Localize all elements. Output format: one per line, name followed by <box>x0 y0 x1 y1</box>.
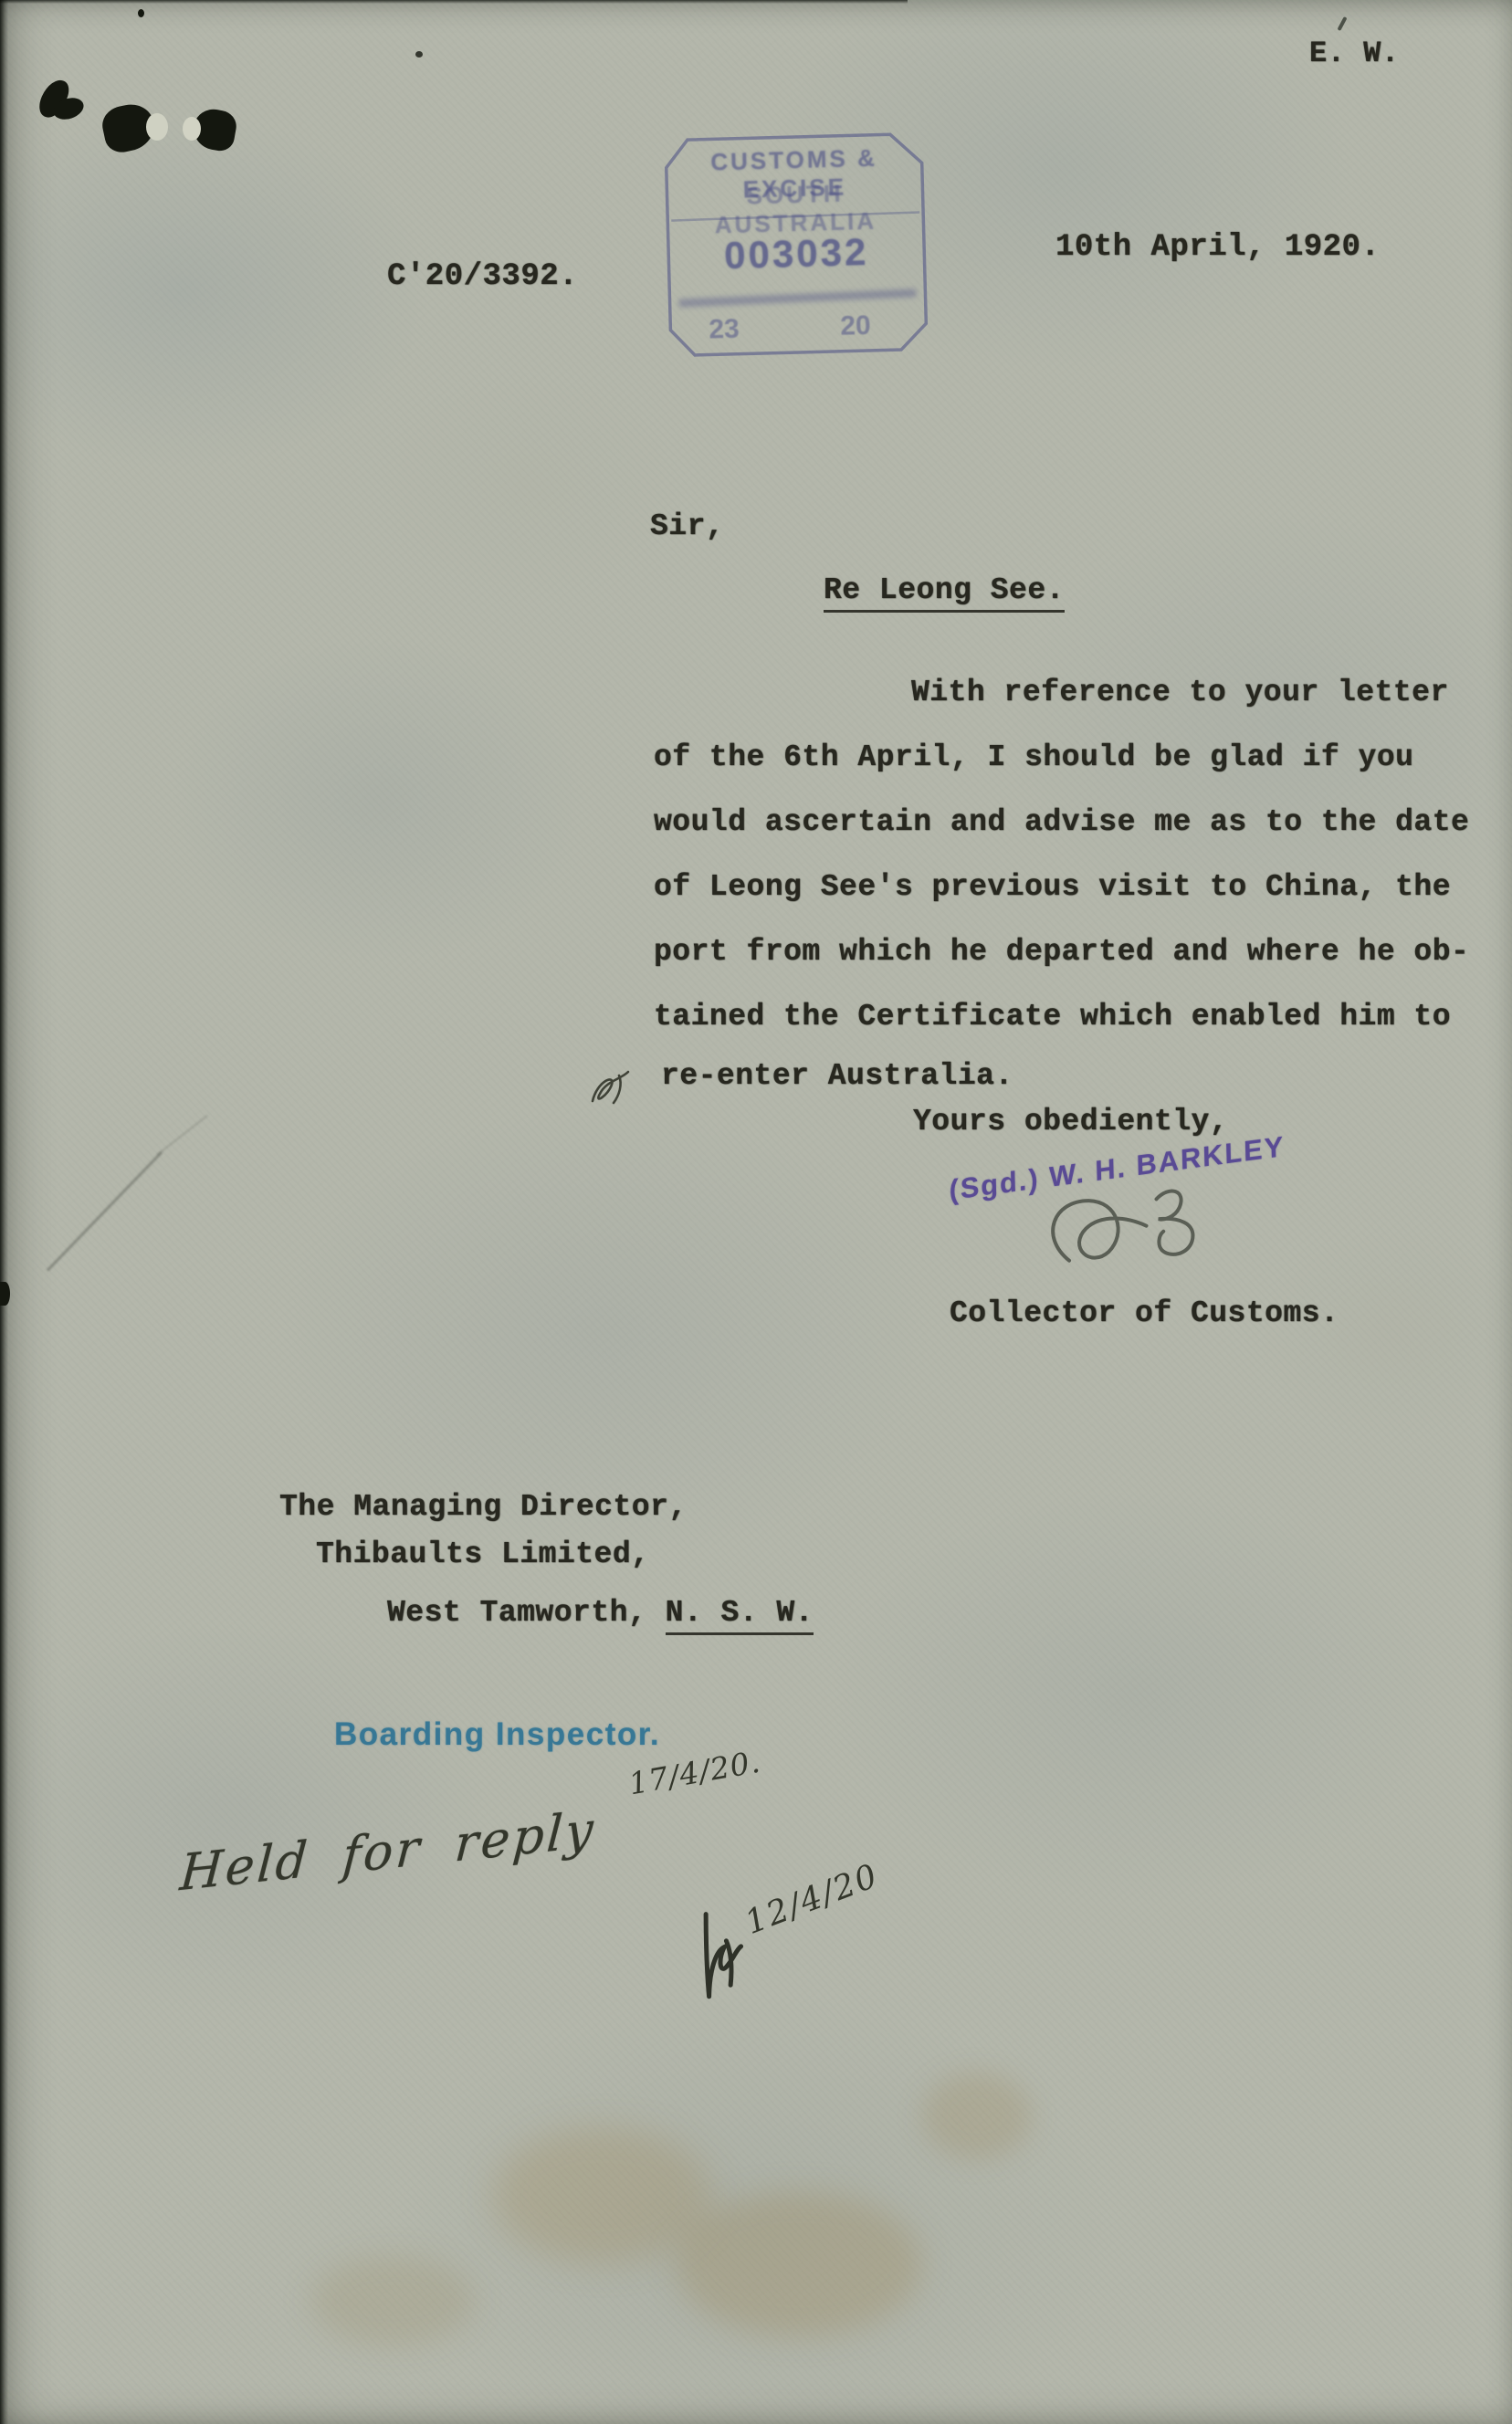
handwritten-note-date: 12/4/20 <box>740 1857 884 1942</box>
paper-chip <box>146 113 168 141</box>
body-line: would ascertain and advise me as to the … <box>654 805 1469 839</box>
ink-speck <box>138 9 144 17</box>
recipient-line1: The Managing Director, <box>279 1490 688 1524</box>
file-initials: E. W. <box>1309 37 1400 70</box>
received-stamp: CUSTOMS & EXCISE SOUTH AUSTRALIA 003032 … <box>662 130 930 359</box>
crease-line <box>47 1151 163 1272</box>
stain <box>310 2255 475 2346</box>
body-line: port from which he departed and where he… <box>654 935 1469 969</box>
stamp-number: 003032 <box>665 228 929 279</box>
scan-edge-left <box>0 0 8 2424</box>
paper-chip <box>183 117 201 141</box>
signature-title: Collector of Customs. <box>950 1296 1339 1330</box>
reference-number: C'20/3392. <box>387 259 578 294</box>
closing: Yours obediently, <box>913 1105 1228 1139</box>
recipient-line2: Thibaults Limited, <box>316 1537 649 1571</box>
crease-line <box>156 1115 207 1156</box>
scan-edge-top <box>0 0 908 4</box>
stamp-day: 23 <box>709 314 740 346</box>
recipient-city: West Tamworth, <box>387 1596 666 1630</box>
pen-tick <box>1337 16 1347 31</box>
letter-page: E. W. C'20/3392. 10th April, 1920. CUSTO… <box>0 0 1512 2424</box>
edge-notch <box>0 1282 10 1306</box>
stamp-year: 20 <box>840 310 871 342</box>
signature-monogram <box>1024 1165 1244 1296</box>
handwritten-note: Held for reply <box>178 1800 598 1903</box>
recipient-state: N. S. W. <box>666 1596 814 1635</box>
pencil-mark <box>588 1066 639 1110</box>
subject-line: Re Leong See. <box>824 573 1065 613</box>
stain <box>922 2072 1032 2159</box>
ink-speck <box>415 51 423 58</box>
body-line: tained the Certificate which enabled him… <box>654 1000 1451 1034</box>
body-line: of the 6th April, I should be glad if yo… <box>654 740 1413 774</box>
stain <box>676 2191 922 2337</box>
salutation: Sir, <box>650 509 724 543</box>
body-line: With reference to your letter <box>911 676 1449 709</box>
handwritten-initials-date: 12/4/20 <box>677 1860 900 2010</box>
body-line: of Leong See's previous visit to China, … <box>654 870 1451 904</box>
recipient-line3: West Tamworth, N. S. W. <box>387 1596 814 1630</box>
letter-date: 10th April, 1920. <box>1055 230 1380 265</box>
body-line: re-enter Australia. <box>661 1059 1013 1093</box>
boarding-inspector-stamp: Boarding Inspector. <box>334 1716 660 1753</box>
